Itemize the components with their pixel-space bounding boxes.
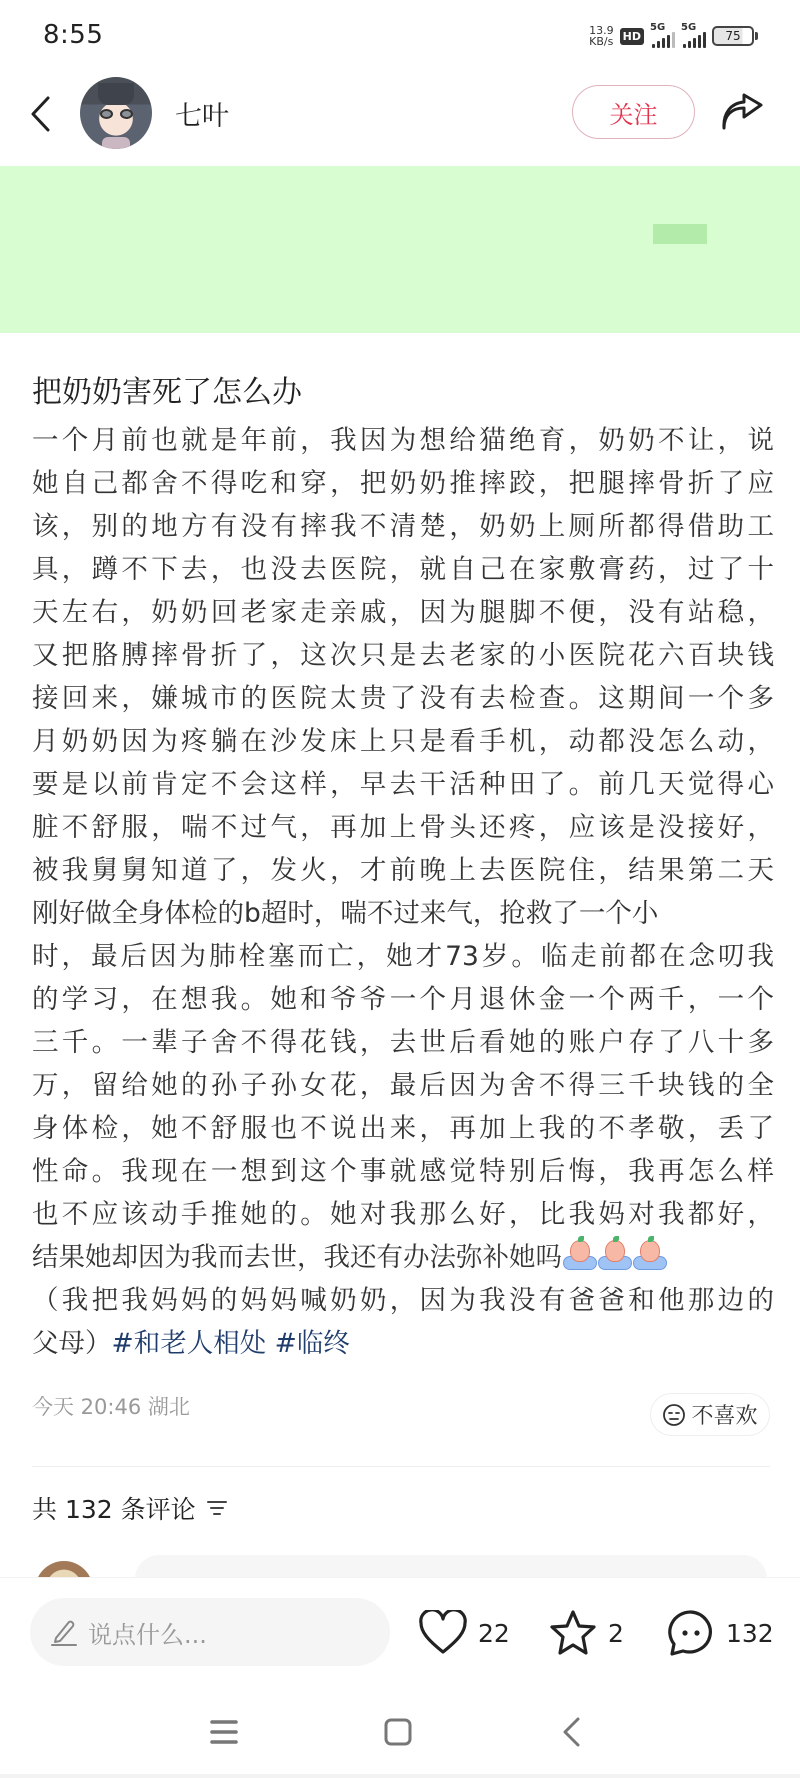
body-line: 她自己都舍不得吃和穿，把奶奶推摔跤，把腿摔骨折了应	[32, 462, 774, 505]
body-line: 被我舅舅知道了，发火，才前晚上去医院住，结果第二天	[32, 849, 774, 892]
comment-button[interactable]: 132	[666, 1608, 774, 1658]
comment-count: 132	[726, 1619, 774, 1648]
body-line: 要是以前肯定不会这样，早去干活种田了。前几天觉得心	[32, 763, 774, 806]
system-navigation-bar	[0, 1682, 800, 1778]
body-line-with-emoji: 结果她却因为我而去世，我还有办法弥补她吗	[32, 1236, 774, 1279]
crying-sticker-icon	[633, 1238, 667, 1272]
status-icons: 13.9 KB/s HD 5G 5G 75	[589, 22, 758, 50]
sort-lines-icon[interactable]	[206, 1499, 228, 1517]
status-bar: 8:55 13.9 KB/s HD 5G 5G 75	[0, 0, 800, 66]
like-count: 22	[478, 1619, 510, 1648]
body-line: 身体检，她不舒服也不说出来，再加上我的不孝敬，丢了	[32, 1107, 774, 1150]
bottom-edge	[0, 1774, 800, 1778]
favorite-button[interactable]: 2	[548, 1608, 624, 1658]
body-line: 脏不舒服，喘不过气，再加上骨头还疼，应该是没接好，	[32, 806, 774, 849]
post-timestamp-location: 今天 20:46 湖北	[32, 1391, 190, 1421]
body-line: 月奶奶因为疼躺在沙发床上只是看手机，动都没怎么动，	[32, 720, 774, 763]
battery-icon: 75	[712, 26, 758, 46]
meh-face-icon	[662, 1403, 686, 1427]
star-icon	[548, 1609, 598, 1657]
body-line: 的学习，在想我。她和爷爷一个月退休金一个两千，一个	[32, 978, 774, 1021]
hd-voice-icon: HD	[620, 28, 644, 45]
comment-count-label: 共 132 条评论	[32, 1490, 196, 1526]
author-name[interactable]: 七叶	[175, 94, 229, 133]
body-line: 又把胳膊摔骨折了，这次只是去老家的小医院花六百块钱	[32, 634, 774, 677]
comments-header: 共 132 条评论	[32, 1490, 228, 1526]
signal-icon-sim2: 5G	[681, 24, 706, 48]
author-avatar[interactable]	[80, 77, 152, 149]
body-line: 该，别的地方有没有摔我不清楚，奶奶上厕所都得借助工	[32, 505, 774, 548]
home-button[interactable]	[378, 1712, 418, 1752]
chevron-left-icon	[29, 95, 51, 133]
post-image[interactable]	[0, 166, 800, 333]
share-arrow-icon	[720, 93, 764, 131]
recent-apps-button[interactable]	[204, 1712, 244, 1752]
follow-button[interactable]: 关注	[572, 85, 695, 139]
body-line: 具，蹲不下去，也没去医院，就自己在家敷膏药，过了十	[32, 548, 774, 591]
divider	[32, 1466, 770, 1467]
chat-bubble-icon	[666, 1608, 716, 1658]
menu-icon	[209, 1719, 239, 1745]
dislike-button[interactable]: 不喜欢	[650, 1393, 770, 1436]
crying-sticker-icon	[563, 1238, 597, 1272]
body-line-with-tags: 父母）#和老人相处 #临终	[32, 1322, 774, 1365]
body-line: 万，留给她的孙子孙女花，最后因为舍不得三千块钱的全	[32, 1064, 774, 1107]
post-title: 把奶奶害死了怎么办	[32, 367, 302, 411]
body-line: 三千。一辈子舍不得花钱，去世后看她的账户存了八十多	[32, 1021, 774, 1064]
post-body: 一个月前也就是年前，我因为想给猫绝育，奶奶不让，说 她自己都舍不得吃和穿，把奶奶…	[32, 419, 774, 1365]
hashtag-link[interactable]: #和老人相处	[112, 1328, 267, 1359]
comment-placeholder: 说点什么...	[88, 1615, 207, 1650]
body-line: 天左右，奶奶回老家走亲戚，因为腿脚不便，没有站稳，	[32, 591, 774, 634]
like-button[interactable]: 22	[418, 1608, 510, 1658]
body-line: 刚好做全身体检的b超时，喘不过来气，抢救了一个小	[32, 892, 774, 935]
favorite-count: 2	[608, 1619, 624, 1648]
status-time: 8:55	[43, 20, 103, 50]
post-header: 七叶 关注	[0, 66, 800, 166]
hashtag-link[interactable]: #临终	[275, 1328, 350, 1359]
body-line: 一个月前也就是年前，我因为想给猫绝育，奶奶不让，说	[32, 419, 774, 462]
system-back-button[interactable]	[551, 1712, 591, 1752]
image-indicator	[653, 224, 707, 244]
back-button[interactable]	[22, 90, 58, 138]
body-line: （我把我妈妈的妈妈喊奶奶，因为我没有爸爸和他那边的	[32, 1279, 774, 1322]
bottom-action-bar: 说点什么... 22 2 132	[0, 1577, 800, 1682]
network-speed: 13.9 KB/s	[589, 25, 614, 47]
pencil-icon	[50, 1617, 78, 1647]
heart-icon	[418, 1610, 468, 1656]
back-chevron-icon	[560, 1716, 582, 1748]
crying-sticker-icon	[598, 1238, 632, 1272]
body-line: 也不应该动手推她的。她对我那么好，比我妈对我都好，	[32, 1193, 774, 1236]
body-line: 时，最后因为肺栓塞而亡，她才73岁。临走前都在念叨我	[32, 935, 774, 978]
signal-icon-sim1: 5G	[650, 24, 675, 48]
share-button[interactable]	[718, 90, 766, 134]
home-square-icon	[383, 1717, 413, 1747]
body-line: 接回来，嫌城市的医院太贵了没有去检查。这期间一个多	[32, 677, 774, 720]
body-line: 性命。我现在一想到这个事就感觉特别后悔，我再怎么样	[32, 1150, 774, 1193]
comment-input[interactable]: 说点什么...	[30, 1598, 390, 1666]
